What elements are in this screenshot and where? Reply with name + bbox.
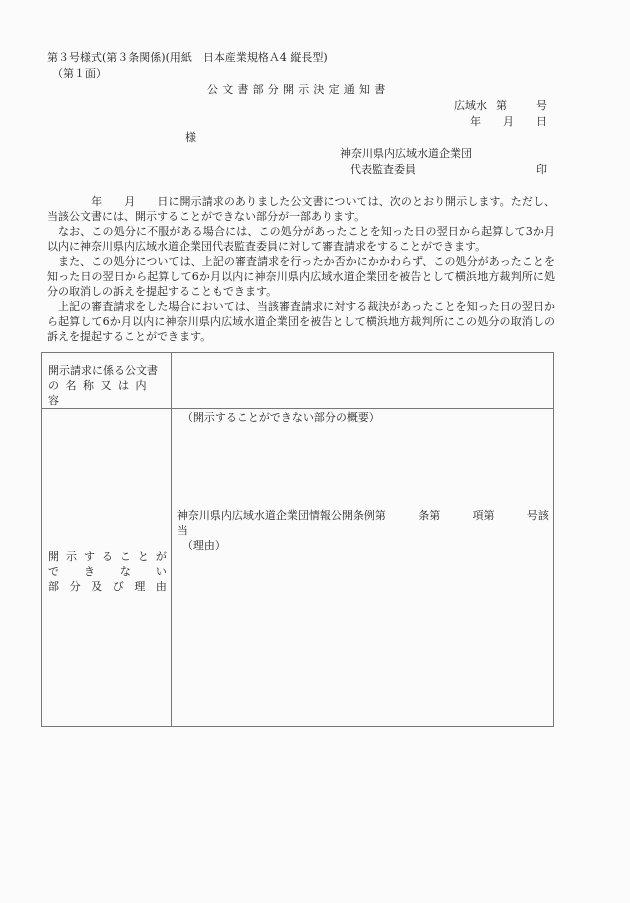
label-char: 示 bbox=[66, 549, 77, 564]
document-name-label: 開示請求に係る公文書 の名称又は内容 bbox=[42, 353, 171, 408]
date-month: 月 bbox=[503, 114, 514, 129]
undisclosed-label: 開示することが できない 部分及び理由 bbox=[42, 409, 171, 594]
page-number: （第１面） bbox=[52, 66, 107, 81]
label-char: る bbox=[102, 549, 113, 564]
notice-body: 年月日に開示請求のありました公文書については、次のとおり開示します。ただし、当該… bbox=[47, 194, 555, 344]
addressee: 様 bbox=[185, 130, 196, 145]
document-title: 公文書部分開示決定通知書 bbox=[207, 82, 389, 97]
paragraph-1: 年月日に開示請求のありました公文書については、次のとおり開示します。ただし、当該… bbox=[47, 194, 555, 224]
label-char: 開 bbox=[48, 549, 59, 564]
form-id: 第３号様式(第３条関係)(用紙 日本産業規格Ａ4 縦長型) bbox=[47, 50, 328, 65]
label-char: 分 bbox=[70, 579, 81, 594]
issuer-organization: 神奈川県内広域水道企業団 bbox=[340, 146, 472, 161]
summary-caption: （開示することができない部分の概要） bbox=[182, 410, 380, 425]
label-char: こ bbox=[120, 549, 131, 564]
ref-go: 号 bbox=[536, 98, 547, 113]
date-year: 年 bbox=[470, 114, 481, 129]
label-char: 及 bbox=[91, 579, 102, 594]
label-char: で bbox=[48, 564, 59, 579]
reference-number: 広域水第号 bbox=[454, 98, 547, 113]
date-day: 日 bbox=[536, 114, 547, 129]
label-char: 由 bbox=[156, 579, 167, 594]
label-char: 理 bbox=[134, 579, 145, 594]
issuer-title: 代表監査委員 bbox=[350, 162, 416, 177]
label-char: い bbox=[156, 564, 167, 579]
label-char: 部 bbox=[48, 579, 59, 594]
undisclosed-field[interactable]: （開示することができない部分の概要） 神奈川県内広域水道企業団情報公開条例第 条… bbox=[171, 409, 553, 727]
paragraph-3: また、この処分については、上記の審査請求を行ったか否かにかかわらず、この処分があ… bbox=[47, 254, 555, 299]
paragraph-4: 上記の審査請求をした場合においては、当該審査請求に対する裁決があったことを知った… bbox=[47, 299, 555, 344]
reason-caption: （理由） bbox=[182, 538, 226, 553]
label-char: な bbox=[120, 564, 131, 579]
ref-prefix: 広域水 bbox=[454, 98, 487, 113]
label-char: び bbox=[113, 579, 124, 594]
label-char: が bbox=[156, 549, 167, 564]
paragraph-2: なお、この処分に不服がある場合には、この処分があったことを知った日の翌日から起算… bbox=[47, 224, 555, 254]
label-char: き bbox=[84, 564, 95, 579]
ordinance-clause: 神奈川県内広域水道企業団情報公開条例第 条第 項第 号該 当 bbox=[177, 508, 549, 538]
seal-mark: 印 bbox=[536, 162, 547, 177]
table-row-undisclosed: 開示することが できない 部分及び理由 （開示することができない部分の概要） 神… bbox=[42, 409, 554, 727]
document-name-field[interactable] bbox=[171, 353, 553, 409]
issue-date: 年月日 bbox=[470, 114, 547, 129]
table-row-document-name: 開示請求に係る公文書 の名称又は内容 bbox=[42, 353, 554, 409]
ref-dai: 第 bbox=[496, 98, 507, 113]
disclosure-table: 開示請求に係る公文書 の名称又は内容 開示することが できない 部分及び理由 （… bbox=[41, 352, 554, 727]
label-char: と bbox=[138, 549, 149, 564]
label-char: す bbox=[84, 549, 95, 564]
